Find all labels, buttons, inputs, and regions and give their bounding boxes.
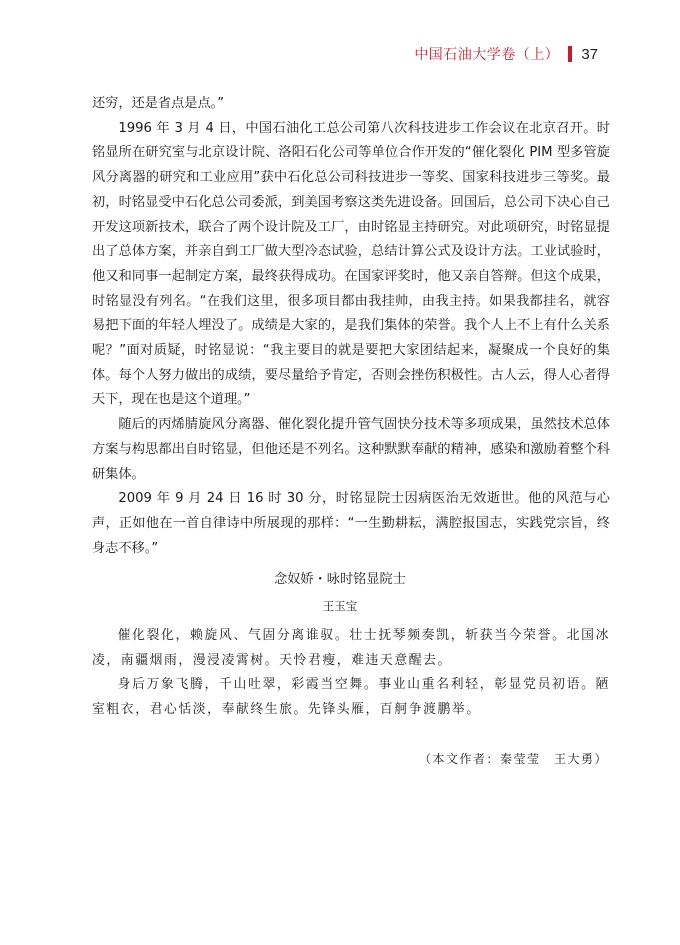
running-head: 中国石油大学卷（上） 37 (414, 44, 598, 64)
poem-title: 念奴娇・咏时铭显院士 (0, 568, 680, 587)
book-title: 中国石油大学卷（上） (414, 44, 559, 64)
header-divider (568, 46, 572, 62)
article-body: 还穷，还是省点是点。” 1996 年 3 月 4 日，中国石油化工总公司第八次科… (92, 92, 610, 561)
paragraph: 随后的丙烯腈旋风分离器、催化裂化提升管气固快分技术等多项成果，虽然技术总体方案与… (92, 413, 610, 487)
paragraph: 还穷，还是省点是点。” (92, 92, 610, 117)
paragraph: 1996 年 3 月 4 日，中国石油化工总公司第八次科技进步工作会议在北京召开… (92, 117, 610, 413)
poem-stanza: 催化裂化，赖旋风、气固分离谁驭。壮士抚琴频奏凯，斩获当今荣誉。北国冰凌，南疆烟雨… (92, 624, 610, 673)
page-number: 37 (581, 46, 598, 63)
poem-stanza: 身后万象飞腾，千山吐翠，彩霞当空舞。事业山重名利轻，彰显党员初语。陋室粗衣，君心… (92, 673, 610, 722)
paragraph: 2009 年 9 月 24 日 16 时 30 分，时铭显院士因病医治无效逝世。… (92, 487, 610, 561)
poem-body: 催化裂化，赖旋风、气固分离谁驭。壮士抚琴频奏凯，斩获当今荣誉。北国冰凌，南疆烟雨… (92, 624, 610, 722)
poem-author: 王玉宝 (0, 598, 680, 614)
author-credit: （本文作者：秦莹莹 王大勇） (419, 750, 608, 767)
